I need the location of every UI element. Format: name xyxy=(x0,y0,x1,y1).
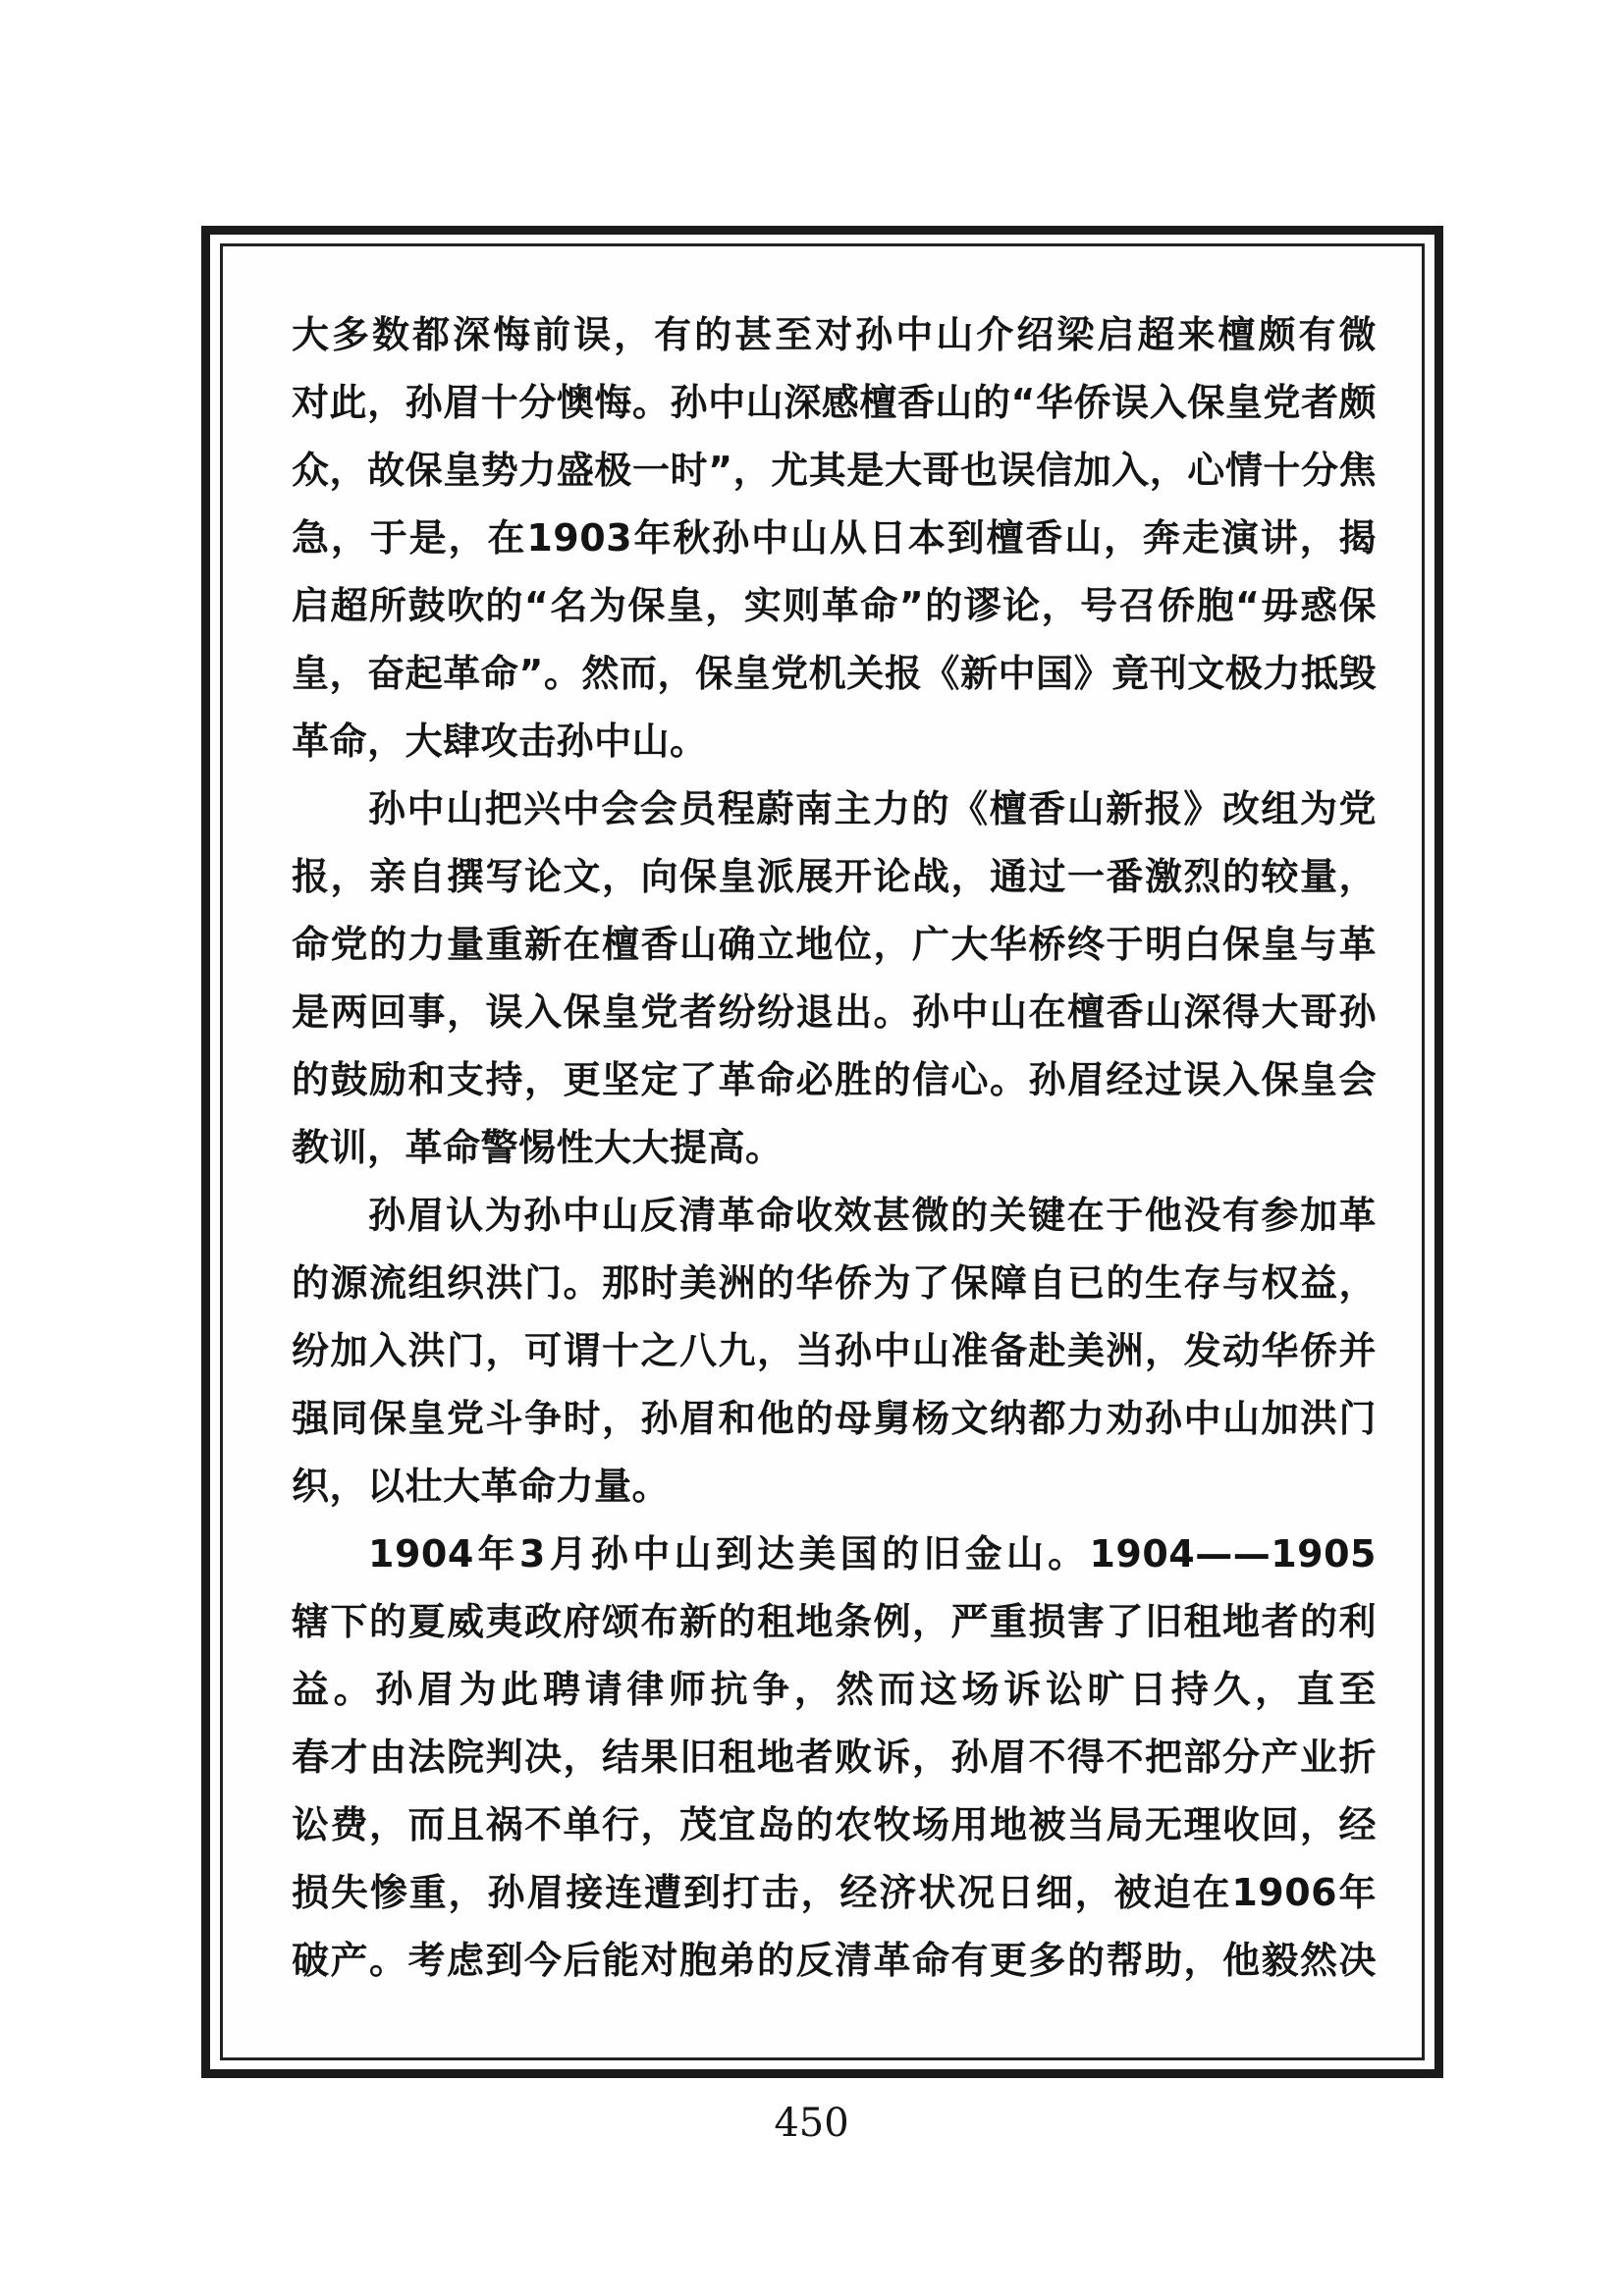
text-line: 大多数都深悔前误，有的甚至对孙中山介绍梁启超来檀颇有微词。 xyxy=(292,301,1377,369)
text-line: 孙眉认为孙中山反清革命收效甚微的关键在于他没有参加革命 xyxy=(292,1182,1377,1250)
page-outer-frame: 大多数都深悔前误，有的甚至对孙中山介绍梁启超来檀颇有微词。对此，孙眉十分懊悔。孙… xyxy=(201,226,1443,2078)
text-line: 纷加入洪门，可谓十之八九，当孙中山准备赴美洲，发动华侨并加 xyxy=(292,1317,1377,1385)
text-line: 损失惨重，孙眉接连遭到打击，经济状况日细，被迫在1906年宣布 xyxy=(292,1859,1377,1927)
text-line: 春才由法院判决，结果旧租地者败诉，孙眉不得不把部分产业折抵 xyxy=(292,1724,1377,1791)
paragraph: 孙眉认为孙中山反清革命收效甚微的关键在于他没有参加革命的源流组织洪门。那时美洲的… xyxy=(292,1182,1377,1521)
text-line: 急，于是，在1903年秋孙中山从日本到檀香山，奔走演讲，揭露梁 xyxy=(292,505,1377,572)
text-line: 的鼓励和支持，更坚定了革命必胜的信心。孙眉经过误入保皇会的 xyxy=(292,1046,1377,1114)
text-line: 益。孙眉为此聘请律师抗争，然而这场诉讼旷日持久，直至1907年 xyxy=(292,1656,1377,1724)
text-line: 讼费，而且祸不单行，茂宜岛的农牧场用地被当局无理收回，经济 xyxy=(292,1791,1377,1859)
text-line: 强同保皇党斗争时，孙眉和他的母舅杨文纳都力劝孙中山加洪门组 xyxy=(292,1385,1377,1453)
page-inner-frame: 大多数都深悔前误，有的甚至对孙中山介绍梁启超来檀颇有微词。对此，孙眉十分懊悔。孙… xyxy=(220,243,1425,2060)
page-number: 450 xyxy=(0,2101,1623,2146)
paragraph: 1904年3月孙中山到达美国的旧金山。1904——1905年，美国管辖下的夏威夷… xyxy=(292,1521,1377,1995)
text-line: 1904年3月孙中山到达美国的旧金山。1904——1905年，美国管 xyxy=(292,1521,1377,1588)
text-line: 命党的力量重新在檀香山确立地位，广大华桥终于明白保皇与革命 xyxy=(292,911,1377,979)
text-line: 报，亲自撰写论文，向保皇派展开论战，通过一番激烈的较量，革 xyxy=(292,843,1377,911)
text-line: 皇，奋起革命”。然而，保皇党机关报《新中国》竟刊文极力抵毁 xyxy=(292,640,1377,708)
text-line: 孙中山把兴中会会员程蔚南主力的《檀香山新报》改组为党 xyxy=(292,775,1377,843)
text-line: 的源流组织洪门。那时美洲的华侨为了保障自已的生存与权益，纷 xyxy=(292,1250,1377,1317)
text-block: 大多数都深悔前误，有的甚至对孙中山介绍梁启超来檀颇有微词。对此，孙眉十分懊悔。孙… xyxy=(223,246,1422,1995)
text-line: 辖下的夏威夷政府颂布新的租地条例，严重损害了旧租地者的利 xyxy=(292,1588,1377,1656)
text-line: 织，以壮大革命力量。 xyxy=(292,1453,1377,1521)
text-line: 破产。考虑到今后能对胞弟的反清革命有更多的帮助，他毅然决定 xyxy=(292,1927,1377,1995)
text-line: 对此，孙眉十分懊悔。孙中山深感檀香山的“华侨误入保皇党者颇 xyxy=(292,369,1377,437)
text-line: 革命，大肆攻击孙中山。 xyxy=(292,708,1377,775)
paragraph: 孙中山把兴中会会员程蔚南主力的《檀香山新报》改组为党报，亲自撰写论文，向保皇派展… xyxy=(292,775,1377,1182)
text-line: 启超所鼓吹的“名为保皇，实则革命”的谬论，号召侨胞“毋惑保 xyxy=(292,572,1377,640)
text-line: 是两回事，误入保皇党者纷纷退出。孙中山在檀香山深得大哥孙眉 xyxy=(292,979,1377,1046)
text-line: 教训，革命警惕性大大提高。 xyxy=(292,1114,1377,1182)
paragraph: 大多数都深悔前误，有的甚至对孙中山介绍梁启超来檀颇有微词。对此，孙眉十分懊悔。孙… xyxy=(292,301,1377,775)
text-line: 众，故保皇势力盛极一时”，尤其是大哥也误信加入，心情十分焦 xyxy=(292,437,1377,505)
